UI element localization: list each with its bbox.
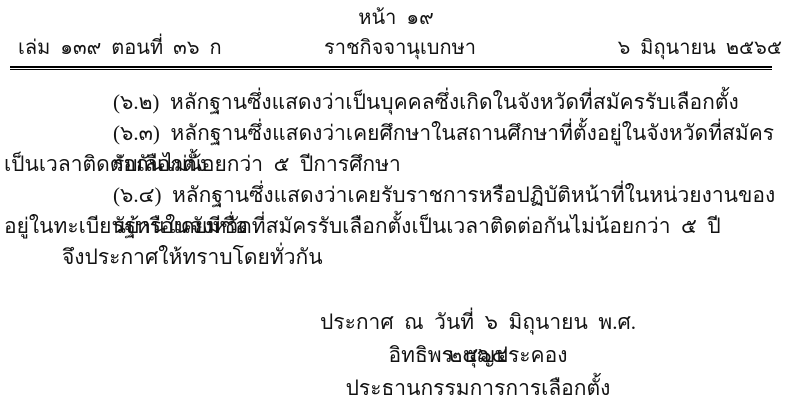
body-line-clause-6-3: (๖.๓) หลักฐานซึ่งแสดงว่าเคยศึกษาในสถานศึ… <box>4 118 796 149</box>
body-line-closing-statement: จึงประกาศให้ทราบโดยทั่วกัน <box>4 242 796 273</box>
issue-date: ๖ มิถุนายน ๒๕๖๕ <box>618 33 782 63</box>
header-double-rule <box>10 66 772 70</box>
body-line-clause-6-4-continuation: อยู่ในทะเบียนบ้านในจังหวัดที่สมัครรับเลื… <box>4 211 796 242</box>
body-line-clause-6-2: (๖.๒) หลักฐานซึ่งแสดงว่าเป็นบุคคลซึ่งเกิ… <box>4 87 796 118</box>
page-number: หน้า ๑๙ <box>0 5 792 31</box>
announcement-date-line: ประกาศ ณ วันที่ ๖ มิถุนายน พ.ศ. ๒๕๖๕ <box>296 306 660 339</box>
signer-title: ประธานกรรมการการเลือกตั้ง <box>296 372 660 405</box>
body-line-clause-6-3-continuation: เป็นเวลาติดต่อกันไม่น้อยกว่า ๕ ปีการศึกษ… <box>4 149 796 180</box>
document-body: (๖.๒) หลักฐานซึ่งแสดงว่าเป็นบุคคลซึ่งเกิ… <box>4 87 796 273</box>
masthead: เล่ม ๑๓๙ ตอนที่ ๓๖ ก ราชกิจจานุเบกษา ๖ ม… <box>0 33 800 65</box>
signer-name: อิทธิพร บุญประคอง <box>296 339 660 372</box>
signature-block: ประกาศ ณ วันที่ ๖ มิถุนายน พ.ศ. ๒๕๖๕ อิท… <box>296 306 660 405</box>
body-line-clause-6-4: (๖.๔) หลักฐานซึ่งแสดงว่าเคยรับราชการหรือ… <box>4 180 796 211</box>
gazette-page: หน้า ๑๙ เล่ม ๑๓๙ ตอนที่ ๓๖ ก ราชกิจจานุเ… <box>0 0 800 413</box>
